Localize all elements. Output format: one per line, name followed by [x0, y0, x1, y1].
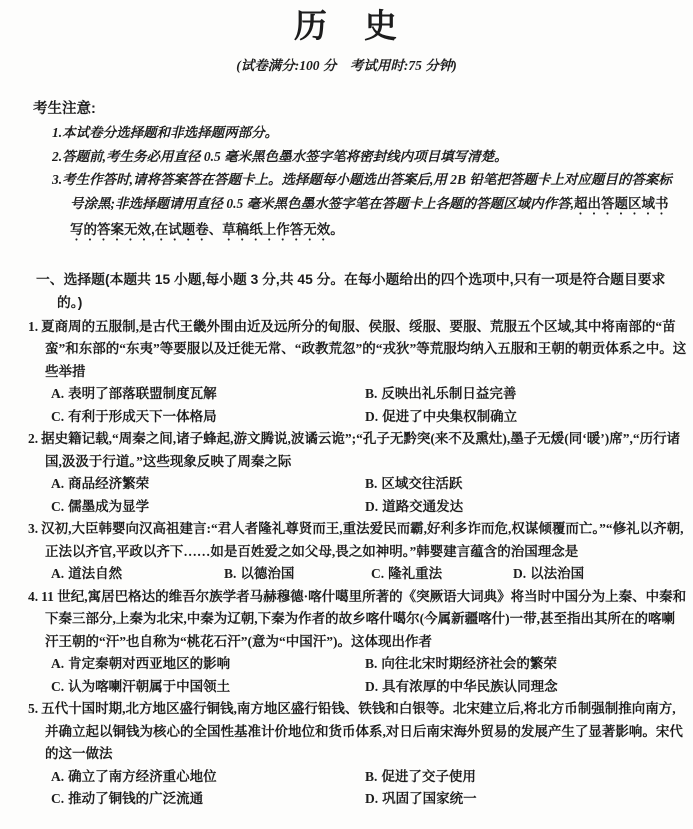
question-4-option-a: A.肯定秦朝对西亚地区的影响	[51, 653, 365, 676]
question-2-text: 据史籍记载,“周秦之间,诸子蜂起,游文腾说,波谲云诡”;“孔子无黔突(来不及熏灶…	[41, 431, 680, 469]
question-3-option-b: B.以德治国	[224, 563, 371, 586]
notice-item-1: 1.本试卷分选择题和非选择题两部分。	[52, 121, 673, 145]
question-2-option-a: A.商品经济繁荣	[51, 473, 365, 496]
question-3-option-a: A.道法自然	[51, 563, 224, 586]
question-1-option-b: B.反映出礼乐制日益完善	[365, 383, 693, 406]
question-3-number: 3.	[28, 521, 38, 536]
question-5-option-d: D.巩固了国家统一	[365, 788, 693, 811]
question-5-stem: 5.五代十国时期,北方地区盛行铜钱,南方地区盛行铅钱、铁钱和白银等。北宋建立后,…	[28, 698, 687, 766]
question-1-option-d: D.促进了中央集权制确立	[365, 406, 693, 429]
question-4-option-d: D.具有浓厚的中华民族认同理念	[365, 676, 693, 699]
question-4-options: A.肯定秦朝对西亚地区的影响 B.向往北宋时期经济社会的繁荣 C.认为喀喇汗朝属…	[51, 653, 693, 698]
notice-list: 1.本试卷分选择题和非选择题两部分。 2.答题前,考生务必用直径 0.5 毫米黑…	[52, 121, 673, 244]
exam-paper-page: 历 史 (试卷满分:100 分 考试用时:75 分钟) 考生注意: 1.本试卷分…	[0, 0, 693, 829]
question-2-number: 2.	[28, 431, 38, 446]
notice-heading: 考生注意:	[33, 98, 693, 120]
question-2-stem: 2.据史籍记载,“周秦之间,诸子蜂起,游文腾说,波谲云诡”;“孔子无黔突(来不及…	[28, 428, 687, 473]
question-5-option-a: A.确立了南方经济重心地位	[51, 766, 365, 789]
question-2-option-d: D.道路交通发达	[365, 496, 693, 519]
notice-item-2: 2.答题前,考生务必用直径 0.5 毫米黑色墨水签字笔将密封线内项目填写清楚。	[52, 145, 673, 169]
question-4-text: 11 世纪,寓居巴格达的维吾尔族学者马赫穆德·喀什噶里所著的《突厥语大词典》将当…	[41, 589, 686, 649]
question-5-options: A.确立了南方经济重心地位 B.促进了交子使用 C.推动了铜钱的广泛流通 D.巩…	[51, 766, 693, 811]
question-1-options: A.表明了部落联盟制度瓦解 B.反映出礼乐制日益完善 C.有利于形成天下一体格局…	[51, 383, 693, 428]
question-1-text: 夏商周的五服制,是古代王畿外围由近及远所分的甸服、侯服、绥服、要服、荒服五个区域…	[41, 319, 686, 379]
question-3-stem: 3.汉初,大臣韩婴向汉高祖建言:“君人者隆礼尊贤而王,重法爱民而霸,好利多诈而危…	[28, 518, 687, 563]
question-5-option-c: C.推动了铜钱的广泛流通	[51, 788, 365, 811]
question-1-number: 1.	[28, 319, 38, 334]
question-4-stem: 4.11 世纪,寓居巴格达的维吾尔族学者马赫穆德·喀什噶里所著的《突厥语大词典》…	[28, 586, 687, 654]
question-5-option-b: B.促进了交子使用	[365, 766, 693, 789]
question-2-options: A.商品经济繁荣 B.区域交往活跃 C.儒墨成为显学 D.道路交通发达	[51, 473, 693, 518]
question-list: 1.夏商周的五服制,是古代王畿外围由近及远所分的甸服、侯服、绥服、要服、荒服五个…	[0, 316, 693, 811]
question-1-stem: 1.夏商周的五服制,是古代王畿外围由近及远所分的甸服、侯服、绥服、要服、荒服五个…	[28, 316, 687, 384]
question-4-number: 4.	[28, 589, 38, 604]
question-3: 3.汉初,大臣韩婴向汉高祖建言:“君人者隆礼尊贤而王,重法爱民而霸,好利多诈而危…	[0, 518, 693, 586]
paper-subtitle: (试卷满分:100 分 考试用时:75 分钟)	[0, 56, 693, 76]
paper-title: 历 史	[0, 0, 693, 48]
question-3-option-c: C.隆礼重法	[371, 563, 513, 586]
question-2-option-c: C.儒墨成为显学	[51, 496, 365, 519]
section-heading: 一、选择题(本题共 15 小题,每小题 3 分,共 45 分。在每小题给出的四个…	[36, 268, 669, 314]
question-3-option-d: D.以法治国	[513, 563, 693, 586]
question-5-number: 5.	[28, 701, 38, 716]
question-1-option-c: C.有利于形成天下一体格局	[51, 406, 365, 429]
question-5: 5.五代十国时期,北方地区盛行铜钱,南方地区盛行铅钱、铁钱和白银等。北宋建立后,…	[0, 698, 693, 811]
question-1-option-a: A.表明了部落联盟制度瓦解	[51, 383, 365, 406]
question-3-options: A.道法自然 B.以德治国 C.隆礼重法 D.以法治国	[51, 563, 693, 586]
notice-item-3: 3.考生作答时,请将答案答在答题卡上。选择题每小题选出答案后,用 2B 铅笔把答…	[52, 168, 673, 244]
question-3-text: 汉初,大臣韩婴向汉高祖建言:“君人者隆礼尊贤而王,重法爱民而霸,好利多诈而危,权…	[41, 521, 683, 559]
question-5-text: 五代十国时期,北方地区盛行铜钱,南方地区盛行铅钱、铁钱和白银等。北宋建立后,将北…	[41, 701, 683, 761]
question-2-option-b: B.区域交往活跃	[365, 473, 693, 496]
question-4: 4.11 世纪,寓居巴格达的维吾尔族学者马赫穆德·喀什噶里所著的《突厥语大词典》…	[0, 586, 693, 699]
question-2: 2.据史籍记载,“周秦之间,诸子蜂起,游文腾说,波谲云诡”;“孔子无黔突(来不及…	[0, 428, 693, 518]
question-4-option-c: C.认为喀喇汗朝属于中国领土	[51, 676, 365, 699]
question-1: 1.夏商周的五服制,是古代王畿外围由近及远所分的甸服、侯服、绥服、要服、荒服五个…	[0, 316, 693, 429]
question-4-option-b: B.向往北宋时期经济社会的繁荣	[365, 653, 693, 676]
